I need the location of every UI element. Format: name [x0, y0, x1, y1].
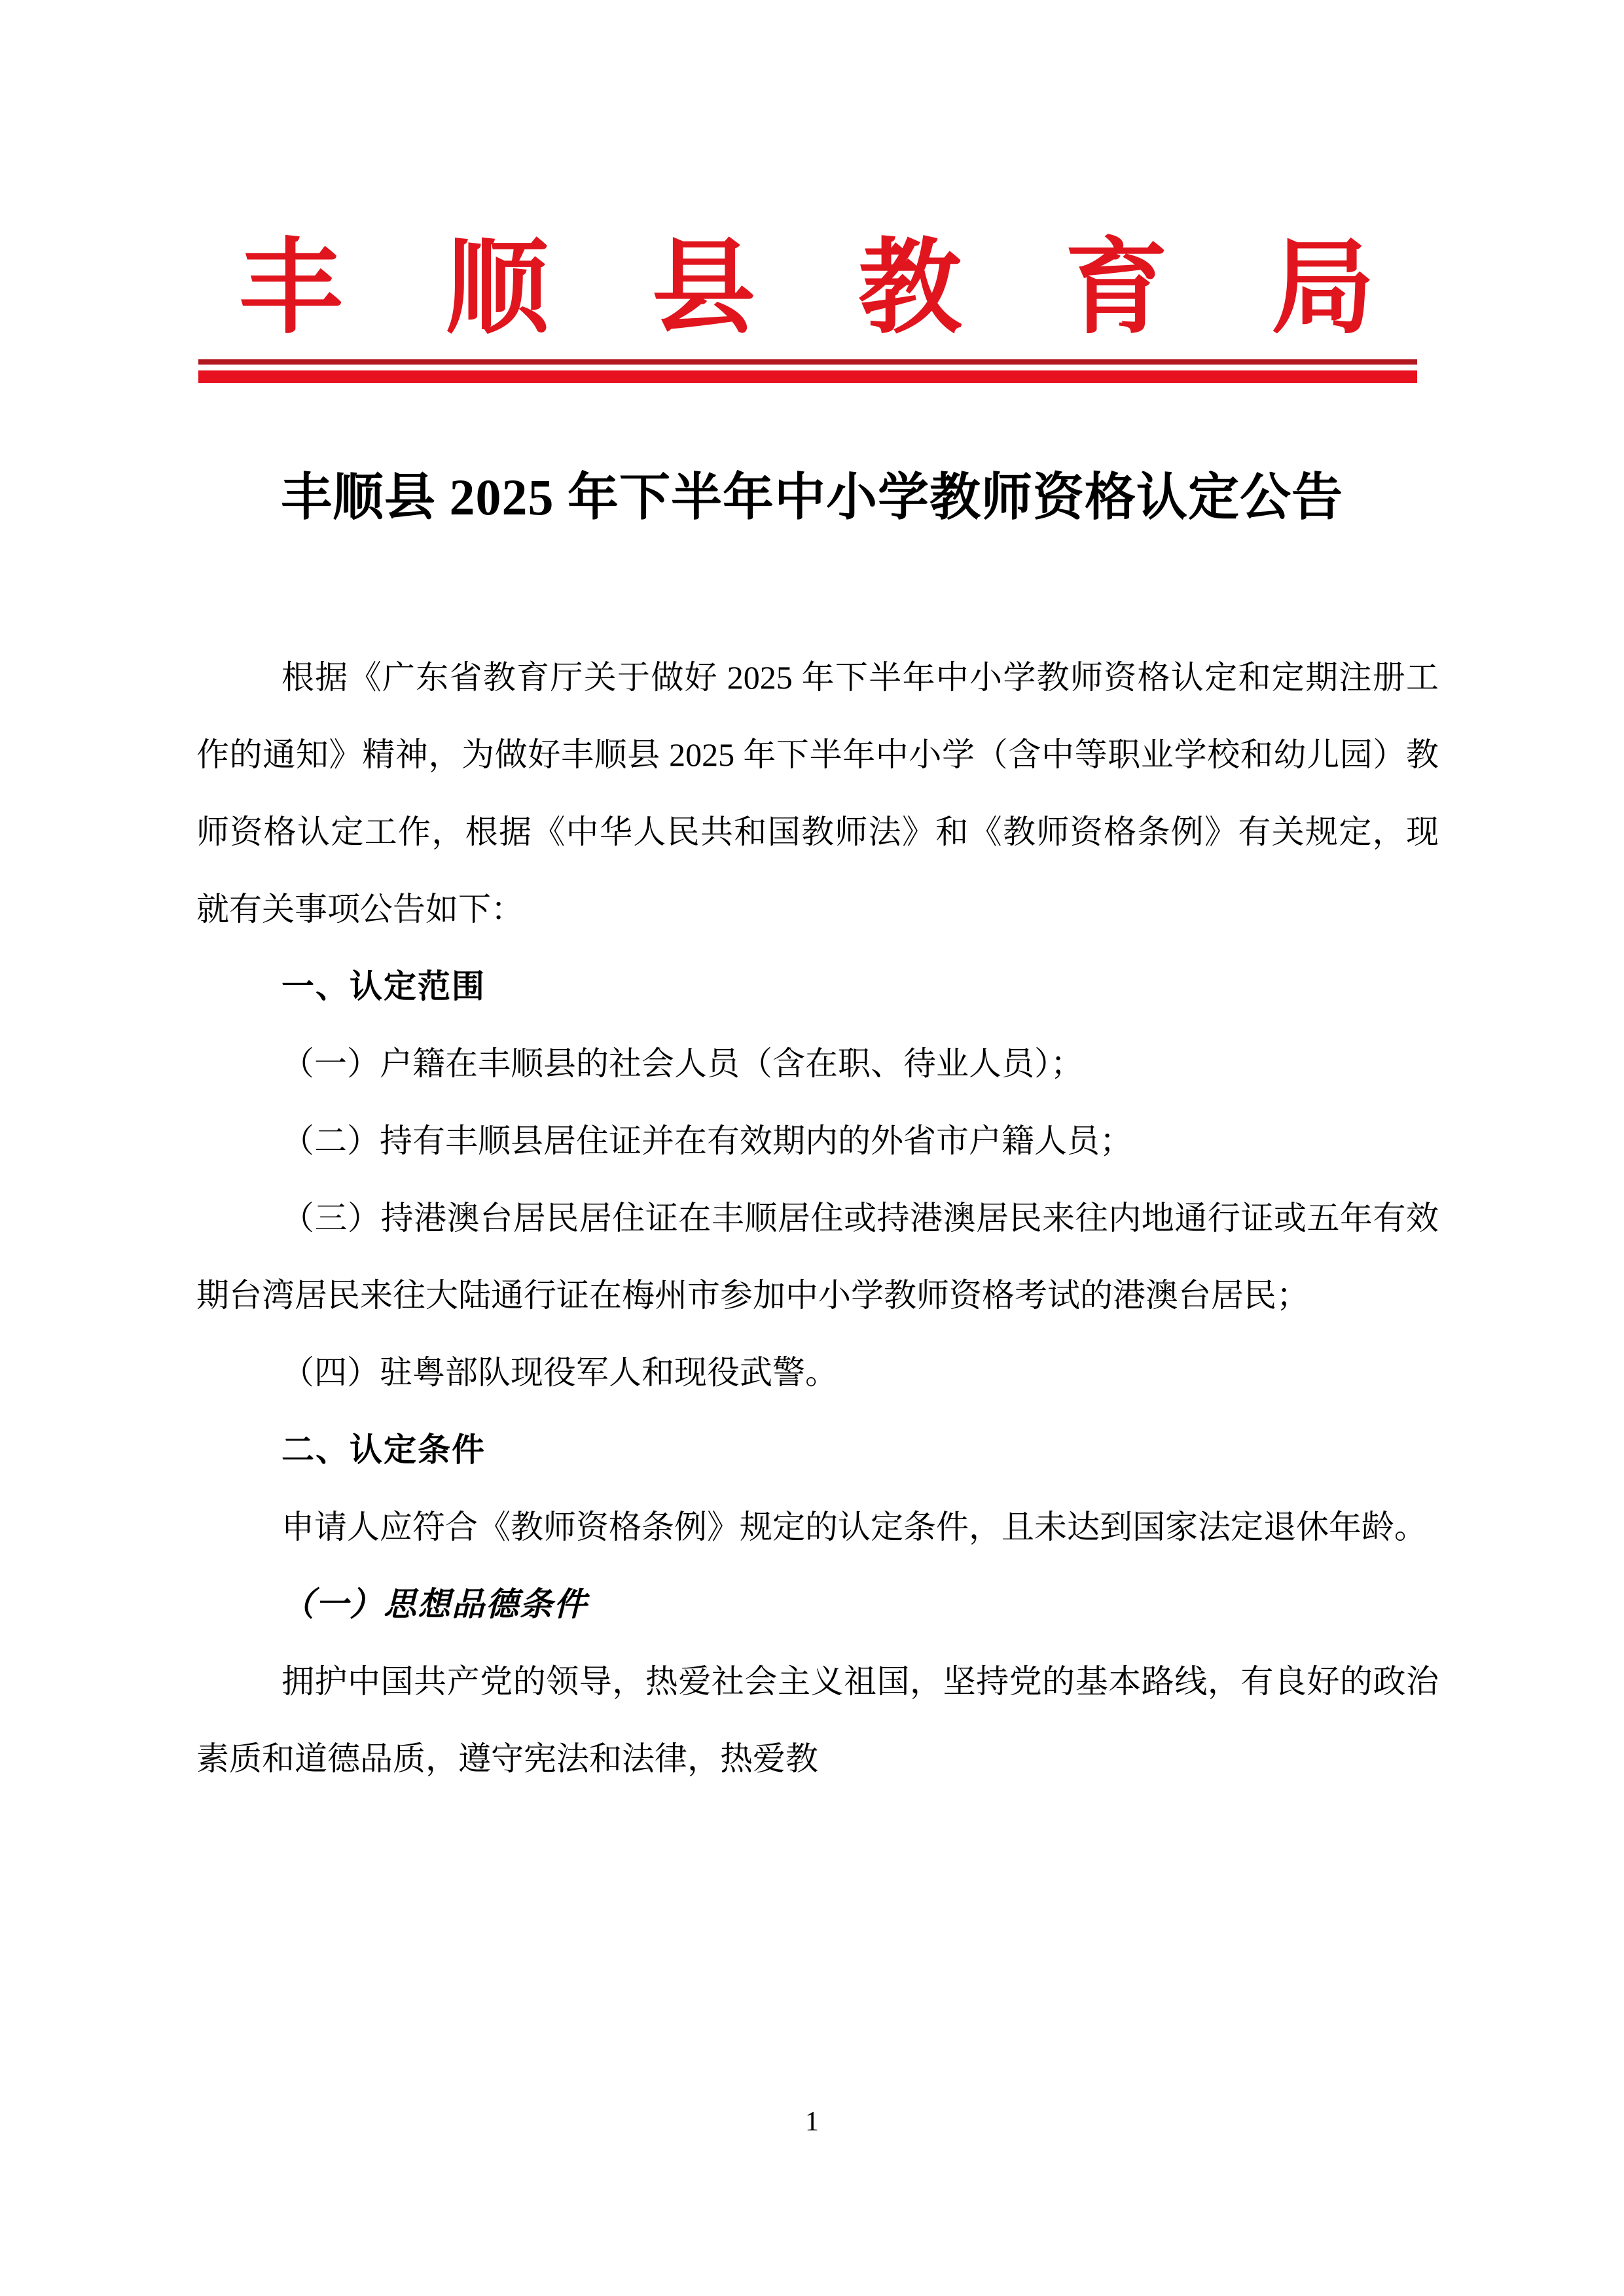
agency-letterhead: 丰 顺 县 教 育 局 — [239, 230, 1375, 348]
agency-letterhead-char: 县 — [652, 230, 755, 348]
document-title: 丰顺县 2025 年下半年中小学教师资格认定公告 — [98, 458, 1526, 537]
body-paragraph-scope-item-1: （一）户籍在丰顺县的社会人员（含在职、待业人员）； — [196, 1025, 1439, 1102]
body-paragraph-intro: 根据《广东省教育厅关于做好 2025 年下半年中小学教师资格认定和定期注册工作的… — [196, 639, 1439, 948]
agency-letterhead-char: 顺 — [445, 230, 549, 348]
body-paragraph-scope-item-3: （三）持港澳台居民居住证在丰顺居住或持港澳居民来往内地通行证或五年有效期台湾居民… — [196, 1179, 1439, 1334]
body-paragraph-moral-conditions: 拥护中国共产党的领导，热爱社会主义祖国，坚持党的基本路线，有良好的政治素质和道德… — [196, 1643, 1439, 1797]
letterhead-rule-thick — [198, 370, 1417, 383]
agency-letterhead-char: 丰 — [239, 230, 342, 348]
letterhead-rule-thin — [198, 359, 1417, 365]
agency-letterhead-char: 育 — [1065, 230, 1168, 348]
body-paragraph-scope-item-4: （四）驻粤部队现役军人和现役武警。 — [196, 1334, 1439, 1411]
body-paragraph-conditions-intro: 申请人应符合《教师资格条例》规定的认定条件，且未达到国家法定退休年龄。 — [196, 1488, 1439, 1566]
body-paragraph-scope-item-2: （二）持有丰顺县居住证并在有效期内的外省市户籍人员； — [196, 1102, 1439, 1179]
section-heading-1: 一、认定范围 — [196, 948, 1439, 1025]
agency-letterhead-char: 局 — [1271, 230, 1375, 348]
section-heading-2: 二、认定条件 — [196, 1411, 1439, 1488]
document-body: 根据《广东省教育厅关于做好 2025 年下半年中小学教师资格认定和定期注册工作的… — [196, 639, 1439, 1797]
page-footer: 1 — [0, 2102, 1624, 2142]
document-page: 丰 顺 县 教 育 局 丰顺县 2025 年下半年中小学教师资格认定公告 根据《… — [0, 0, 1624, 2296]
agency-letterhead-char: 教 — [858, 230, 962, 348]
page-number: 1 — [805, 2107, 819, 2137]
sub-heading-moral-conditions: （一）思想品德条件 — [196, 1566, 1439, 1643]
